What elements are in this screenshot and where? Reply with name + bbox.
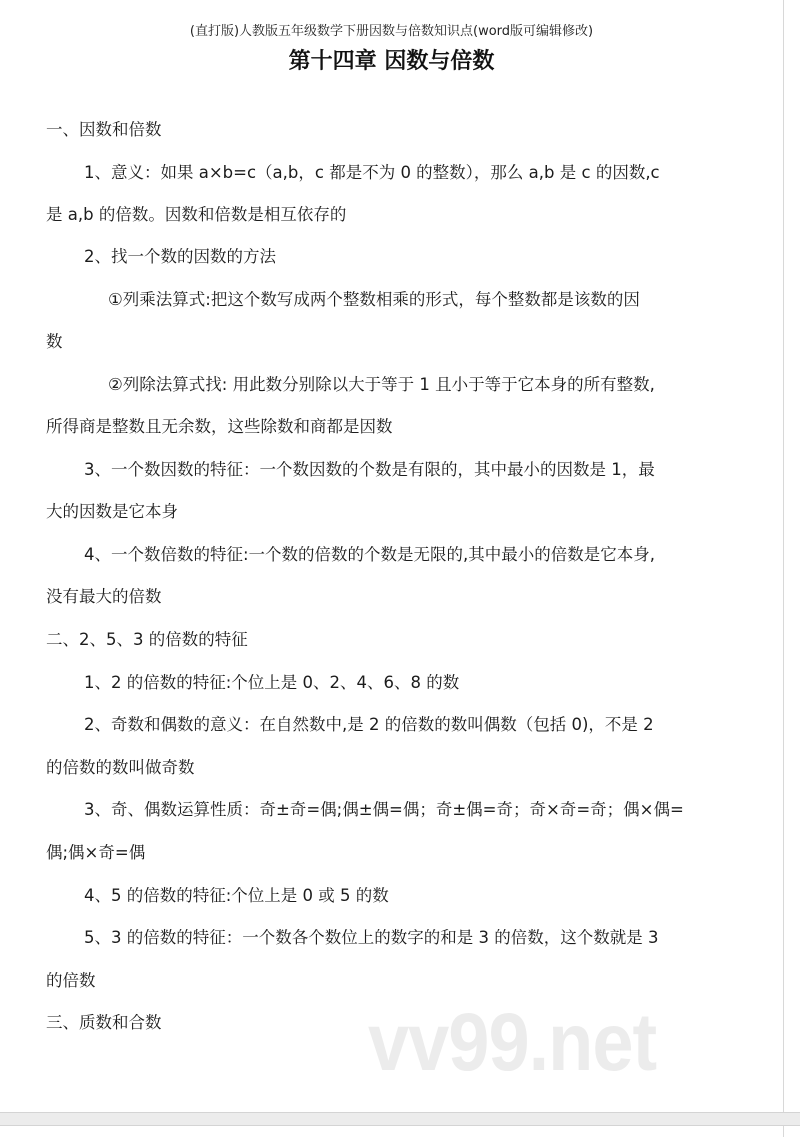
chapter-title: 第十四章 因数与倍数 (0, 44, 783, 75)
text-line: 5、3 的倍数的特征：一个数各个数位上的数字的和是 3 的倍数，这个数就是 3 (84, 927, 658, 949)
text-line: 的倍数 (46, 970, 96, 992)
page-header: (直打版)人教版五年级数学下册因数与倍数知识点(word版可编辑修改) (0, 20, 783, 39)
text-line: 1、2 的倍数的特征:个位上是 0、2、4、6、8 的数 (84, 672, 459, 694)
section-heading: 一、因数和倍数 (46, 119, 162, 141)
text-line: ①列乘法算式:把这个数写成两个整数相乘的形式，每个整数都是该数的因 (108, 289, 640, 311)
text-line: 3、奇、偶数运算性质：奇±奇=偶;偶±偶=偶；奇±偶=奇；奇×奇=奇；偶×偶= (84, 799, 684, 821)
text-line: 4、一个数倍数的特征:一个数的倍数的个数是无限的,其中最小的倍数是它本身, (84, 544, 655, 566)
text-line: 4、5 的倍数的特征:个位上是 0 或 5 的数 (84, 885, 389, 907)
text-line: 所得商是整数且无余数，这些除数和商都是因数 (46, 416, 393, 438)
text-line: 偶;偶×奇=偶 (46, 842, 145, 864)
text-line: 2、找一个数的因数的方法 (84, 246, 276, 268)
text-line: 数 (46, 331, 63, 353)
text-line: ②列除法算式找: 用此数分别除以大于等于 1 且小于等于它本身的所有整数, (108, 374, 655, 396)
text-line: 3、一个数因数的特征：一个数因数的个数是有限的，其中最小的因数是 1，最 (84, 459, 655, 481)
document-page: (直打版)人教版五年级数学下册因数与倍数知识点(word版可编辑修改) 第十四章… (0, 0, 784, 1112)
text-line: 1、意义：如果 a×b=c（a,b，c 都是不为 0 的整数），那么 a,b 是… (84, 162, 660, 184)
watermark: vv99.net (368, 995, 656, 1089)
text-line: 的倍数的数叫做奇数 (46, 757, 195, 779)
text-line: 大的因数是它本身 (46, 501, 178, 523)
text-line: 没有最大的倍数 (46, 586, 162, 608)
text-line: 2、奇数和偶数的意义：在自然数中,是 2 的倍数的数叫偶数（包括 0)，不是 2 (84, 714, 654, 736)
section-heading: 二、2、5、3 的倍数的特征 (46, 629, 248, 651)
text-line: 是 a,b 的倍数。因数和倍数是相互依存的 (46, 204, 346, 226)
next-page-edge (0, 1126, 784, 1137)
section-heading: 三、质数和合数 (46, 1012, 162, 1034)
page-separator (0, 1112, 800, 1126)
